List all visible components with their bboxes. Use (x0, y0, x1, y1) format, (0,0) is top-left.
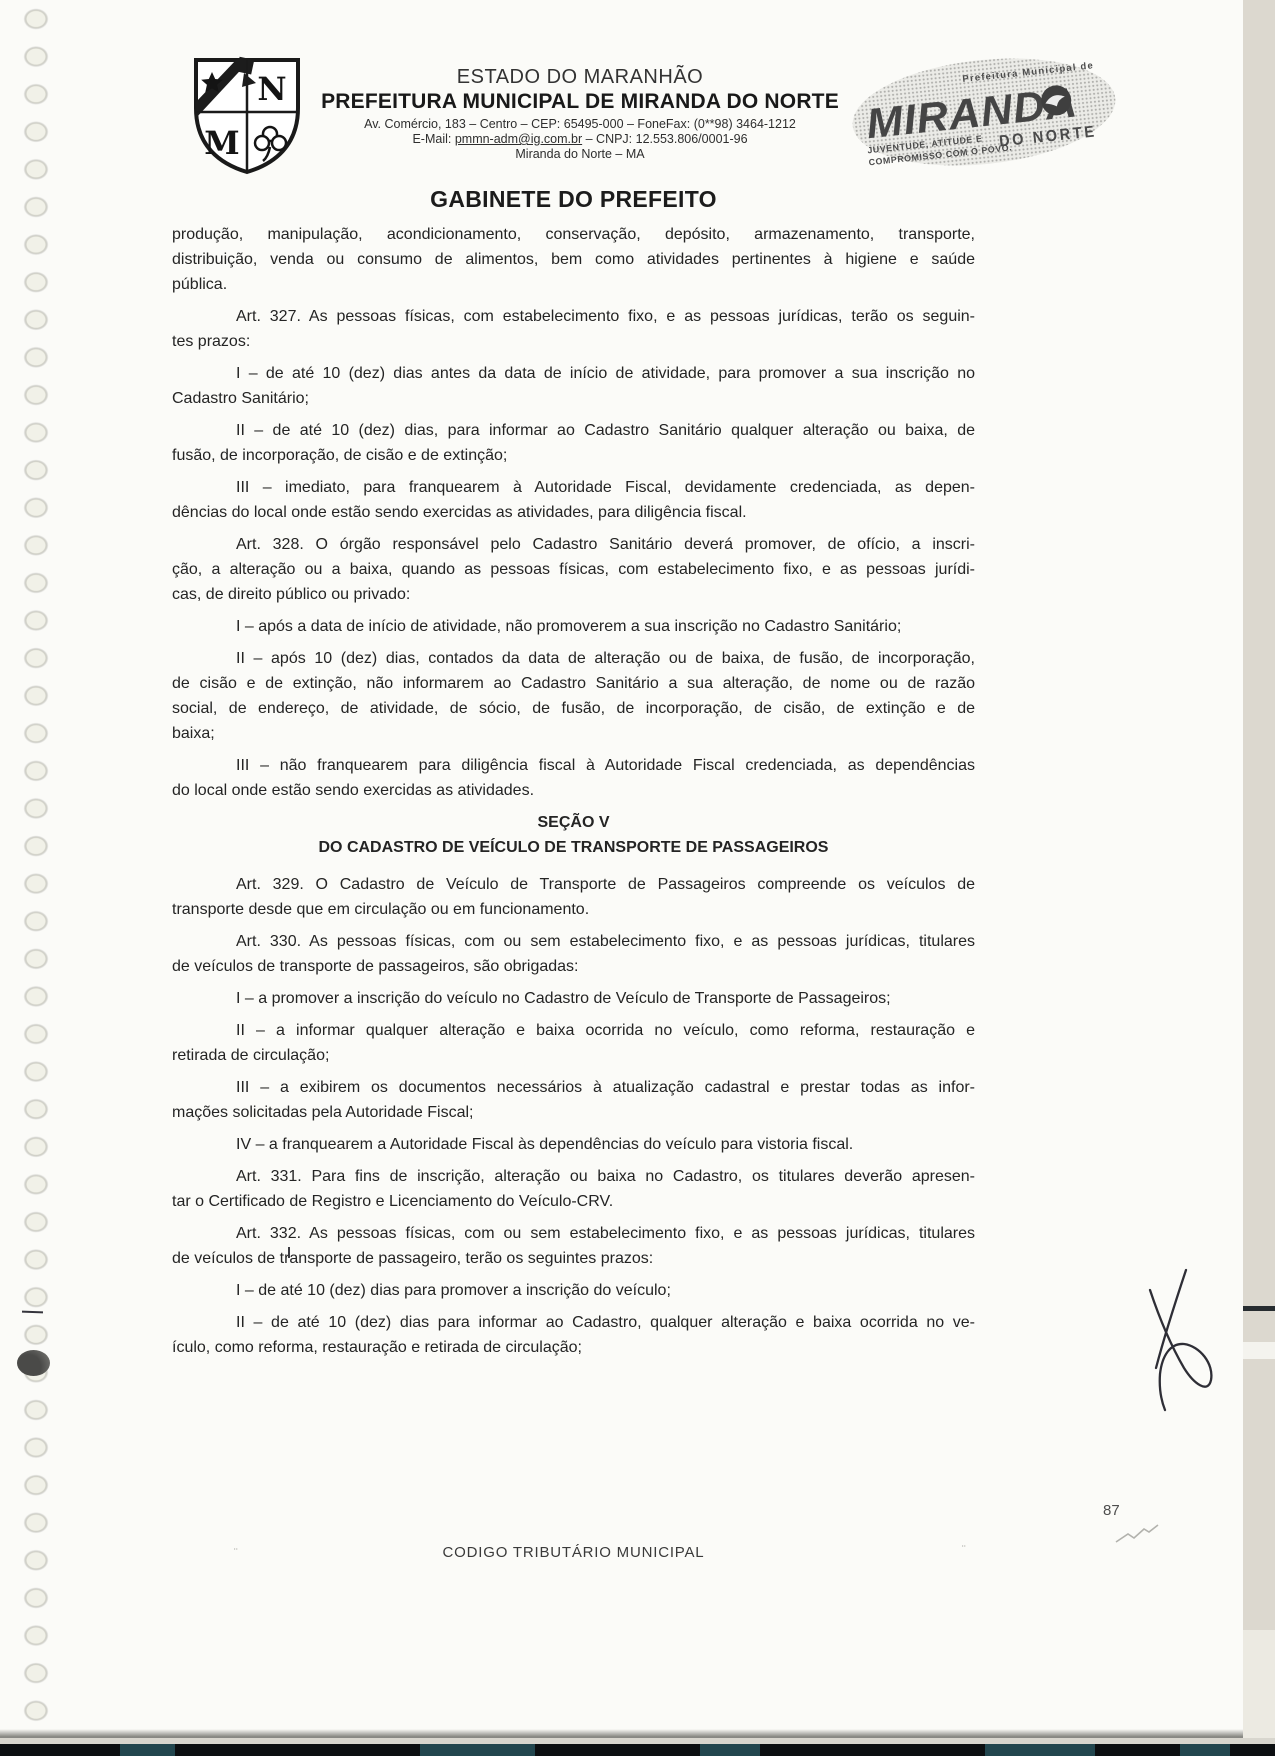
text-line: dências do local onde estão sendo exerci… (172, 500, 975, 525)
paragraph: Art. 327. As pessoas físicas, com estabe… (172, 304, 975, 354)
text-line: ículo, como reforma, restauração e retir… (172, 1335, 975, 1360)
text-line: Art. 327. As pessoas físicas, com estabe… (172, 304, 975, 329)
binder-holes (14, 0, 58, 1730)
paragraph: produção, manipulação, acondicionamento,… (172, 222, 975, 297)
band-teal-segment (420, 1744, 535, 1756)
text-line: III – não franquearem para diligência fi… (172, 753, 975, 778)
text-line: II – a informar qualquer alteração e bai… (172, 1018, 975, 1043)
text-line: IV – a franquearem a Autoridade Fiscal à… (172, 1132, 975, 1157)
address-line: Av. Comércio, 183 – Centro – CEP: 65495-… (270, 117, 890, 132)
paragraph: II – a informar qualquer alteração e bai… (172, 1018, 975, 1068)
paragraph: III – a exibirem os documentos necessári… (172, 1075, 975, 1125)
text-line: I – após a data de início de atividade, … (172, 614, 975, 639)
paragraph: II – após 10 (dez) dias, contados da dat… (172, 646, 975, 746)
text-line: DO CADASTRO DE VEÍCULO DE TRANSPORTE DE … (172, 835, 975, 860)
pencil-scribble (1112, 1520, 1172, 1546)
text-line: produção, manipulação, acondicionamento,… (172, 222, 975, 247)
text-line: II – de até 10 (dez) dias para informar … (172, 1310, 975, 1335)
text-line: I – de até 10 (dez) dias antes da data d… (172, 361, 975, 386)
paragraph: II – de até 10 (dez) dias para informar … (172, 1310, 975, 1360)
text-line: Art. 329. O Cadastro de Veículo de Trans… (172, 872, 975, 897)
text-line: social, de endereço, de atividade, de só… (172, 696, 975, 721)
band-teal-segment (1180, 1744, 1230, 1756)
paragraph: I – de até 10 (dez) dias antes da data d… (172, 361, 975, 411)
footer-document-name: CODIGO TRIBUTÁRIO MUNICIPAL (172, 1544, 975, 1561)
binder-hole-dark (17, 1350, 50, 1376)
text-line: I – a promover a inscrição do veículo no… (172, 986, 975, 1011)
text-line: tes prazos: (172, 329, 975, 354)
text-line: II – após 10 (dez) dias, contados da dat… (172, 646, 975, 671)
band-teal-segment (985, 1744, 1095, 1756)
text-line: III – a exibirem os documentos necessári… (172, 1075, 975, 1100)
text-line: tar o Certificado de Registro e Licencia… (172, 1189, 975, 1214)
scan-bottom-band (0, 1744, 1275, 1756)
text-line: de veículos de transporte de passageiro,… (172, 1246, 975, 1271)
paragraph: I – de até 10 (dez) dias para promover a… (172, 1278, 975, 1303)
paragraph: Art. 330. As pessoas físicas, com ou sem… (172, 929, 975, 979)
email-line: E-Mail: pmmn-adm@ig.com.br – CNPJ: 12.55… (270, 132, 890, 147)
page-number: 87 (1103, 1502, 1120, 1519)
paragraph: III – não franquearem para diligência fi… (172, 753, 975, 803)
cnpj-text: – CNPJ: 12.553.806/0001-96 (582, 132, 747, 146)
state-name: ESTADO DO MARANHÃO (270, 66, 890, 89)
email-address: pmmn-adm@ig.com.br (455, 132, 582, 146)
text-line: de cisão e de extinção, não informarem a… (172, 671, 975, 696)
municipality-name: PREFEITURA MUNICIPAL DE MIRANDA DO NORTE (270, 90, 890, 114)
band-teal-segment (700, 1744, 760, 1756)
paragraph: IV – a franquearem a Autoridade Fiscal à… (172, 1132, 975, 1157)
section-heading: SEÇÃO VDO CADASTRO DE VEÍCULO DE TRANSPO… (172, 810, 975, 860)
paragraph: III – imediato, para franquearem à Autor… (172, 475, 975, 525)
paragraph: I – a promover a inscrição do veículo no… (172, 986, 975, 1011)
text-line: distribuição, venda ou consumo de alimen… (172, 247, 975, 272)
paper-bottom-shadow (0, 1729, 1243, 1738)
text-line: fusão, de incorporação, de cisão e de ex… (172, 443, 975, 468)
scan-edge-strip (1243, 0, 1275, 1756)
text-line: retirada de circulação; (172, 1043, 975, 1068)
email-label: E-Mail: (412, 132, 454, 146)
text-line: Art. 331. Para fins de inscrição, altera… (172, 1164, 975, 1189)
scan-edge-dark-line (1243, 1306, 1275, 1311)
paragraph: II – de até 10 (dez) dias, para informar… (172, 418, 975, 468)
text-line: Cadastro Sanitário; (172, 386, 975, 411)
text-line: de veículos de transporte de passageiros… (172, 954, 975, 979)
paragraph: Art. 329. O Cadastro de Veículo de Trans… (172, 872, 975, 922)
text-line: do local onde estão sendo exercidas as a… (172, 778, 975, 803)
text-line: I – de até 10 (dez) dias para promover a… (172, 1278, 975, 1303)
paragraph: I – após a data de início de atividade, … (172, 614, 975, 639)
crest-letter-m: M (204, 124, 239, 162)
handwritten-pen-mark (1128, 1252, 1228, 1432)
text-line: Art. 332. As pessoas físicas, com ou sem… (172, 1221, 975, 1246)
text-line: transporte desde que em circulação ou em… (172, 897, 975, 922)
paragraph: Art. 328. O órgão responsável pelo Cadas… (172, 532, 975, 607)
band-teal-segment (120, 1744, 175, 1756)
text-line: cas, de direito público ou privado: (172, 582, 975, 607)
paragraph: Art. 331. Para fins de inscrição, altera… (172, 1164, 975, 1214)
text-line: III – imediato, para franquearem à Autor… (172, 475, 975, 500)
text-line: SEÇÃO V (172, 810, 975, 835)
municipal-stamp: Prefeitura Municipal de MIRANDA DO NORTE… (838, 44, 1130, 189)
scan-edge-gap (1243, 1342, 1275, 1359)
paragraph: Art. 332. As pessoas físicas, com ou sem… (172, 1221, 975, 1271)
text-line: II – de até 10 (dez) dias, para informar… (172, 418, 975, 443)
scanned-document-page: N M ESTADO DO MARANHÃO PREFEITURA MUNICI… (0, 0, 1275, 1756)
section-title: GABINETE DO PREFEITO (172, 186, 975, 213)
letterhead: ESTADO DO MARANHÃO PREFEITURA MUNICIPAL … (270, 66, 890, 162)
text-line: Art. 330. As pessoas físicas, com ou sem… (172, 929, 975, 954)
text-line: baixa; (172, 721, 975, 746)
document-body: produção, manipulação, acondicionamento,… (172, 222, 975, 1367)
city-line: Miranda do Norte – MA (270, 147, 890, 162)
stray-pen-tick (288, 1247, 290, 1258)
text-line: mações solicitadas pela Autoridade Fisca… (172, 1100, 975, 1125)
text-line: ção, a alteração ou a baixa, quando as p… (172, 557, 975, 582)
text-line: Art. 328. O órgão responsável pelo Cadas… (172, 532, 975, 557)
text-line: pública. (172, 272, 975, 297)
